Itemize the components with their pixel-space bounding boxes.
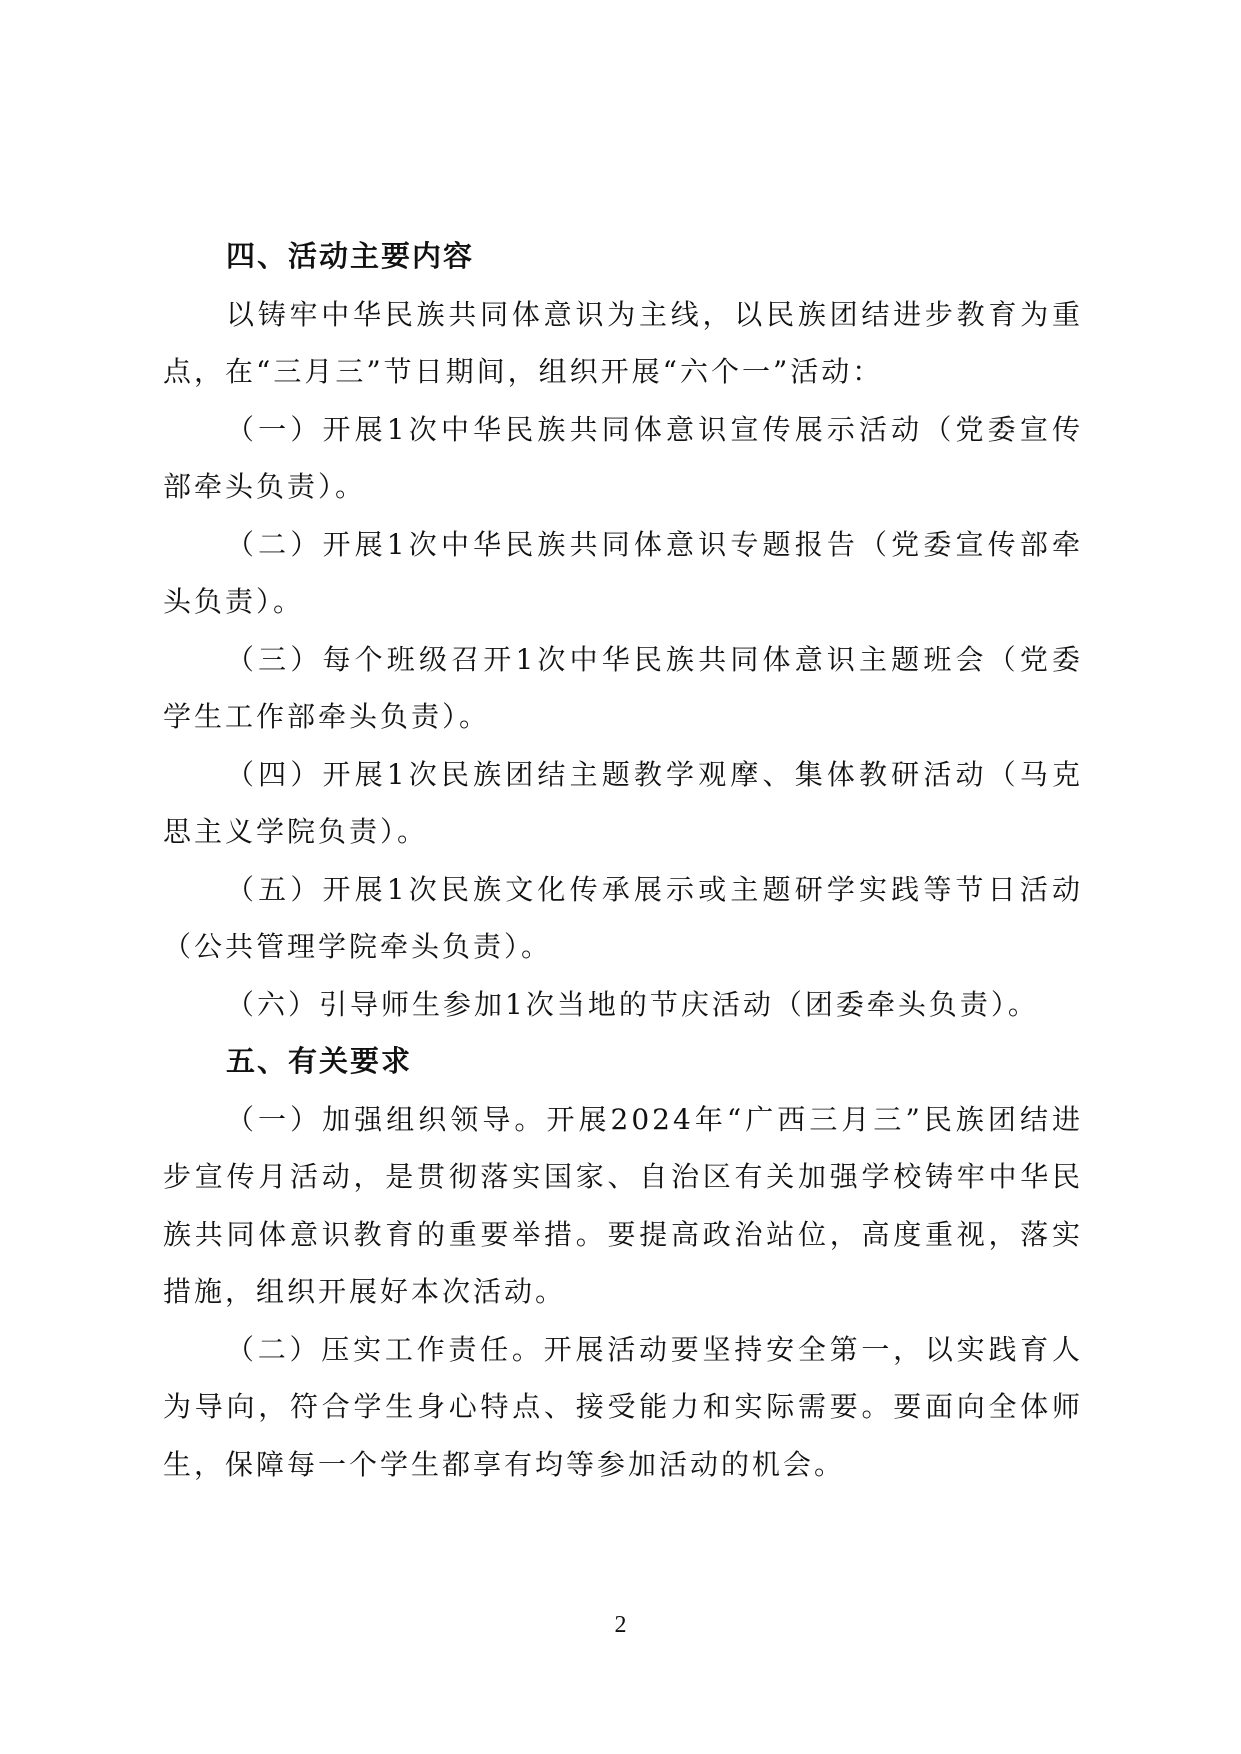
paragraph-item-4: （四）开展1次民族团结主题教学观摩、集体教研活动（马克思主义学院负责）。 [163, 746, 1083, 861]
document-body: 四、活动主要内容 以铸牢中华民族共同体意识为主线，以民族团结进步教育为重点，在“… [163, 228, 1083, 1493]
section-heading-requirements: 五、有关要求 [163, 1033, 1083, 1091]
paragraph-item-2: （二）开展1次中华民族共同体意识专题报告（党委宣传部牵头负责）。 [163, 516, 1083, 631]
paragraph-item-6: （六）引导师生参加1次当地的节庆活动（团委牵头负责）。 [163, 976, 1083, 1034]
paragraph-item-5: （五）开展1次民族文化传承展示或主题研学实践等节日活动（公共管理学院牵头负责）。 [163, 861, 1083, 976]
paragraph-item-1: （一）开展1次中华民族共同体意识宣传展示活动（党委宣传部牵头负责）。 [163, 401, 1083, 516]
paragraph-requirement-2: （二）压实工作责任。开展活动要坚持安全第一，以实践育人为导向，符合学生身心特点、… [163, 1321, 1083, 1494]
paragraph-requirement-1: （一）加强组织领导。开展2024年“广西三月三”民族团结进步宣传月活动，是贯彻落… [163, 1091, 1083, 1321]
document-page: 四、活动主要内容 以铸牢中华民族共同体意识为主线，以民族团结进步教育为重点，在“… [0, 0, 1241, 1754]
section-heading-activities: 四、活动主要内容 [163, 228, 1083, 286]
paragraph-intro: 以铸牢中华民族共同体意识为主线，以民族团结进步教育为重点，在“三月三”节日期间，… [163, 286, 1083, 401]
paragraph-item-3: （三）每个班级召开1次中华民族共同体意识主题班会（党委学生工作部牵头负责）。 [163, 631, 1083, 746]
page-number: 2 [0, 1612, 1241, 1639]
